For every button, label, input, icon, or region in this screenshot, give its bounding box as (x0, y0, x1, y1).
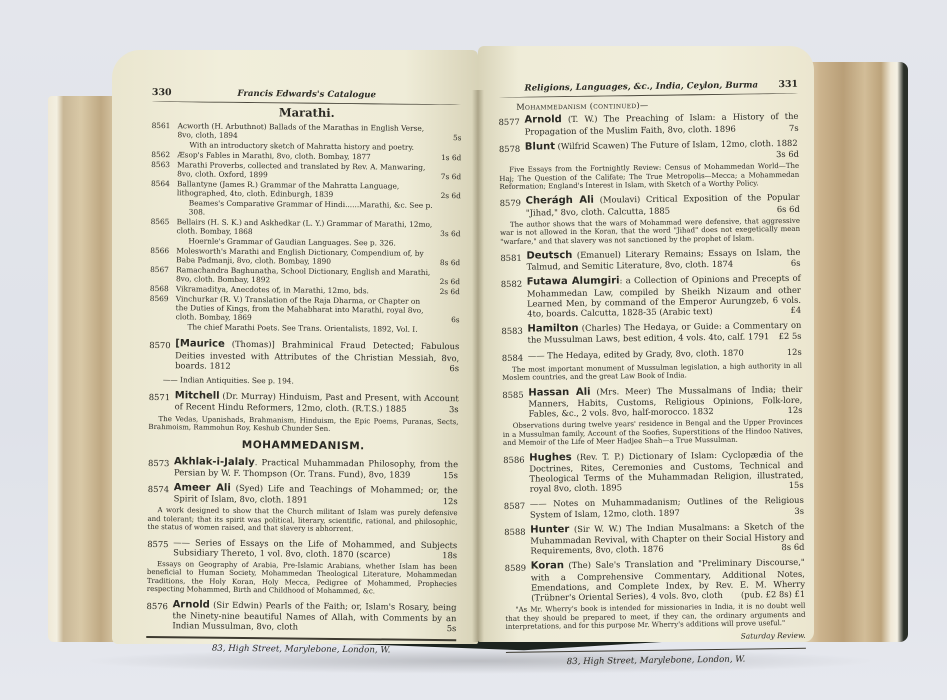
entry-annotation: Five Essays from the Fortnightly Review:… (499, 162, 799, 191)
entry-text: Bellairs (H. S. K.) and Askhedkar (L. Y.… (176, 218, 434, 239)
entry-author: Ameer Ali (174, 482, 231, 494)
entry-author: Deutsch (526, 250, 572, 262)
entry-number: 8562 (151, 150, 177, 159)
entry-price: 3s 6d (434, 229, 460, 238)
entry-number: 8570 (149, 338, 175, 370)
entry-author: Arnold (173, 599, 210, 610)
entry-price: 1s 6d (435, 153, 461, 162)
entry-description: —— The Hedaya, edited by Grady, 8vo, clo… (528, 347, 744, 360)
entry-author: Cherágh Ali (526, 195, 594, 207)
catalogue-entry: 8585Hassan Ali (Mrs. Meer) The Mussalman… (502, 383, 802, 419)
section-title-mohammedanism: MOHAMMEDANISM. (148, 439, 458, 452)
catalogue-entry: 8561Acworth (H. Arbuthnot) Ballads of th… (151, 121, 461, 142)
entry-body: Ameer Ali (Syed) Life and Teachings of M… (174, 482, 458, 506)
catalogue-entry: 8578Blunt (Wilfrid Scawen) The Future of… (499, 138, 799, 164)
entry-body: Blunt (Wilfrid Scawen) The Future of Isl… (525, 138, 799, 163)
catalogue-entry: 8589Koran (The) Sale's Translation and "… (505, 557, 806, 603)
entry-price: 12s (788, 405, 803, 415)
entry-author: Hughes (529, 452, 572, 464)
right-running-head: Religions, Languages, &c., India, Ceylon… (498, 80, 798, 94)
marathi-entry-list: 8561Acworth (H. Arbuthnot) Ballads of th… (149, 121, 461, 334)
mohammedanism-entry-list: 8573Akhlak-i-Jalaly. Practical Muhammada… (146, 456, 458, 634)
catalogue-entry: 8563Marathi Proverbs, collected and tran… (151, 160, 461, 181)
entry-number (150, 236, 176, 245)
right-page-content: Religions, Languages, &c., India, Ceylon… (498, 80, 806, 668)
entry-author: Akhlak-i-Jalaly (174, 456, 255, 468)
review-source: Saturday Review. (506, 631, 806, 645)
entry-author: Arnold (524, 115, 561, 127)
entry-price: 2s 6d (434, 287, 460, 296)
entry-body: Mitchell (Dr. Murray) Hinduism, Past and… (175, 390, 459, 414)
entry-price: 12s (443, 496, 458, 506)
entry-body: Arnold (Sir Edwin) Pearls of the Faith; … (172, 599, 456, 634)
entry-price: 8s 6d (434, 258, 460, 267)
entry-price: 2s 6d (434, 277, 460, 286)
entry-number: 8568 (150, 284, 176, 293)
entry-number: 8578 (499, 141, 525, 163)
entry-price: 7s 6d (435, 172, 461, 181)
catalogue-entry: 8587—— Notes on Muhammadanism; Outlines … (504, 495, 804, 520)
entry-number (149, 322, 175, 331)
left-page-content: 330 Francis Edwards's Catalogue Marathi.… (146, 88, 462, 656)
catalogue-entry: 8584—— The Hedaya, edited by Grady, 8vo,… (502, 346, 802, 362)
photo-scene: 330 Francis Edwards's Catalogue Marathi.… (0, 0, 947, 700)
entry-author: Mitchell (175, 390, 220, 401)
entry-price: 15s (443, 470, 458, 480)
entry-number: 8584 (502, 350, 528, 363)
entry-description: (T. W.) The Preaching of Islam: a Histor… (525, 111, 799, 136)
entry-number: 8588 (504, 524, 530, 556)
entry-number: 8579 (500, 196, 526, 218)
entry-number: 8587 (504, 499, 530, 520)
catalogue-entry: 8581Deutsch (Emanuel) Literary Remains; … (500, 247, 800, 273)
entry-annotation: A work designed to show that the Church … (147, 506, 457, 534)
entry-author: Blunt (525, 141, 555, 152)
left-page-number: 330 (152, 88, 172, 98)
catalogue-entry: 8586Hughes (Rev. T. P.) Dictionary of Is… (503, 448, 804, 494)
entry-body: Hassan Ali (Mrs. Meer) The Mussalmans of… (528, 383, 802, 418)
entry-price: 6s (434, 315, 460, 324)
entry-text: Molesworth's Marathi and English Diction… (176, 247, 434, 268)
entry-price: 6s (791, 258, 801, 268)
left-page: 330 Francis Edwards's Catalogue Marathi.… (112, 50, 478, 644)
section-title-marathi: Marathi. (152, 106, 462, 119)
entry-author: [Maurice (175, 339, 225, 351)
entry-price: £4 (790, 305, 801, 315)
entry-list-a: 8570[Maurice (Thomas)] Brahminical Fraud… (149, 338, 459, 373)
catalogue-entry: 8575—— Series of Essays on the Life of M… (147, 537, 457, 561)
entry-price: £2 5s (779, 331, 802, 342)
entry-body: [Maurice (Thomas)] Brahminical Fraud Det… (175, 339, 459, 374)
entry-price: 6s 6d (777, 203, 800, 214)
entry-number: 8581 (500, 251, 526, 273)
entry-annotation: "As Mr. Wherry's book is intended for mi… (505, 602, 805, 631)
entry-number: 8574 (148, 482, 174, 504)
entry-number: 8582 (501, 277, 528, 319)
entry-text: Acworth (H. Arbuthnot) Ballads of the Ma… (177, 122, 435, 143)
entry-number: 8567 (150, 265, 176, 283)
entry-description: —— Series of Essays on the Life of Moham… (173, 537, 457, 559)
catalogue-entry: 8576Arnold (Sir Edwin) Pearls of the Fai… (146, 599, 456, 634)
catalogue-entry: 8582Futawa Alumgiri: a Collection of Opi… (501, 273, 802, 319)
entry-body: —— Series of Essays on the Life of Moham… (173, 537, 457, 560)
entry-number: 8589 (505, 561, 532, 603)
entry-list-b: 8571Mitchell (Dr. Murray) Hinduism, Past… (148, 390, 458, 434)
entry-number: 8564 (151, 179, 177, 197)
left-running-title: Francis Edwards's Catalogue (237, 89, 376, 101)
catalogue-entry: 8588Hunter (Sir W. W.) The Indian Musalm… (504, 521, 804, 557)
entry-number: 8586 (503, 452, 530, 494)
entry-body: Hughes (Rev. T. P.) Dictionary of Islam:… (529, 448, 804, 494)
entry-description: (Sir Edwin) Pearls of the Faith; or, Isl… (172, 599, 456, 631)
entry-body: Hamilton (Charles) The Hedaya, or Guide:… (527, 320, 801, 345)
footer-rule (506, 647, 806, 653)
sub-note-indian-antiquities: —— Indian Antiquities. See p. 194. (163, 375, 459, 388)
left-running-head: 330 Francis Edwards's Catalogue (152, 88, 462, 101)
entry-body: —— The Hedaya, edited by Grady, 8vo, clo… (528, 346, 802, 362)
entry-text: Ballantyne (James R.) Grammar of the Mah… (177, 180, 435, 201)
catalogue-entry: 8579Cherágh Ali (Moulavi) Critical Expos… (500, 192, 800, 218)
entry-body: Deutsch (Emanuel) Literary Remains; Essa… (526, 247, 800, 272)
entry-price: 15s (789, 480, 804, 490)
catalogue-entry: 8570[Maurice (Thomas)] Brahminical Fraud… (149, 338, 459, 373)
entry-description: (Wilfrid Scawen) The Future of Islam, 12… (555, 138, 798, 151)
entry-number: 8583 (501, 324, 527, 346)
entry-number: 8577 (498, 115, 524, 137)
head-rule (498, 93, 798, 98)
entry-price: 8s 6d (781, 542, 804, 553)
right-entry-list: 8577Arnold (T. W.) The Preaching of Isla… (498, 111, 805, 631)
catalogue-entry: Beames's Comparative Grammar of Hindi...… (151, 198, 461, 219)
entry-number: 8565 (150, 217, 176, 235)
entry-text: Vinchurkar (R. V.) Translation of the Ra… (176, 295, 434, 325)
entry-author: Hunter (530, 524, 569, 536)
continued-heading: Mohammedanism (continued)— (516, 98, 798, 112)
catalogue-entry: 8565Bellairs (H. S. K.) and Askhedkar (L… (150, 217, 460, 238)
book-gutter (472, 90, 484, 642)
right-page: Religions, Languages, &c., India, Ceylon… (478, 46, 814, 642)
entry-price: 7s (789, 122, 799, 132)
entry-annotation: The author shows that the wars of Mohamm… (500, 217, 800, 246)
entry-price: 2s 6d (435, 191, 461, 200)
entry-body: Hunter (Sir W. W.) The Indian Musalmans:… (530, 521, 804, 556)
catalogue-entry: 8573Akhlak-i-Jalaly. Practical Muhammada… (148, 456, 458, 481)
entry-annotation: Observations during twelve years' reside… (503, 418, 803, 447)
entry-number: 8571 (149, 390, 175, 412)
entry-body: Cherágh Ali (Moulavi) Critical Expositio… (526, 192, 800, 217)
entry-body: Arnold (T. W.) The Preaching of Islam: a… (524, 111, 798, 136)
entry-price: 3s 6d (776, 149, 799, 160)
catalogue-entry: 8567Ramachandra Baghunatha, School Dicti… (150, 265, 460, 286)
entry-price: 3s (794, 505, 804, 515)
entry-price: 6s (449, 363, 459, 373)
entry-body: —— Notes on Muhammadanism; Outlines of t… (530, 495, 804, 519)
entry-annotation: The Vedas, Upanishads, Brahmanism, Hindu… (148, 415, 458, 435)
entry-author: Hamilton (527, 323, 578, 335)
entry-price: 18s (442, 550, 457, 560)
right-running-title: Religions, Languages, &c., India, Ceylon… (524, 80, 758, 93)
entry-number: 8561 (151, 121, 177, 139)
entry-number: 8575 (147, 537, 173, 558)
right-page-stack (800, 62, 908, 642)
catalogue-entry: 8564Ballantyne (James R.) Grammar of the… (151, 179, 461, 200)
entry-body: Futawa Alumgiri: a Collection of Opinion… (527, 273, 802, 319)
entry-price: 5s (447, 623, 457, 633)
entry-annotation: Essays on Geography of Arabia, Pre-Islam… (147, 560, 457, 597)
entry-description: —— Notes on Muhammadanism; Outlines of t… (530, 495, 804, 519)
head-rule (152, 101, 462, 105)
entry-number: 8563 (151, 160, 177, 178)
entry-number (151, 140, 177, 149)
entry-number: 8569 (150, 294, 176, 321)
entry-number: 8576 (146, 599, 172, 631)
entry-number: 8573 (148, 456, 174, 478)
entry-number: 8566 (150, 246, 176, 264)
entry-text: Marathi Proverbs, collected and translat… (177, 161, 435, 182)
catalogue-entry: 8566Molesworth's Marathi and English Dic… (150, 246, 460, 267)
catalogue-entry: 8583Hamilton (Charles) The Hedaya, or Gu… (501, 320, 801, 346)
entry-author: Koran (531, 560, 564, 571)
entry-price: 12s (787, 346, 802, 356)
entry-price: 3s (449, 405, 459, 415)
entry-text: Ramachandra Baghunatha, School Dictionar… (176, 266, 434, 287)
entry-number (151, 198, 177, 216)
catalogue-entry: 8577Arnold (T. W.) The Preaching of Isla… (498, 111, 798, 137)
entry-number: 8585 (502, 387, 528, 419)
entry-author: Hassan Ali (528, 386, 590, 398)
entry-text: Beames's Comparative Grammar of Hindi...… (177, 199, 435, 220)
footer-rule (146, 636, 456, 641)
catalogue-entry: 8571Mitchell (Dr. Murray) Hinduism, Past… (149, 390, 459, 415)
catalogue-entry: 8569Vinchurkar (R. V.) Translation of th… (150, 294, 460, 324)
entry-price: (pub. £2 8s) £1 (741, 589, 805, 600)
entry-price: 5s (435, 133, 461, 142)
entry-body: Koran (The) Sale's Translation and "Prel… (531, 557, 806, 603)
entry-annotation: The most important monument of Mussulman… (502, 362, 802, 383)
entry-description: (Sir W. W.) The Indian Musalmans: a Sket… (530, 521, 804, 556)
entry-body: Akhlak-i-Jalaly. Practical Muhammadan Ph… (174, 456, 458, 480)
catalogue-entry: 8574Ameer Ali (Syed) Life and Teachings … (148, 482, 458, 507)
right-page-number: 331 (778, 80, 798, 90)
